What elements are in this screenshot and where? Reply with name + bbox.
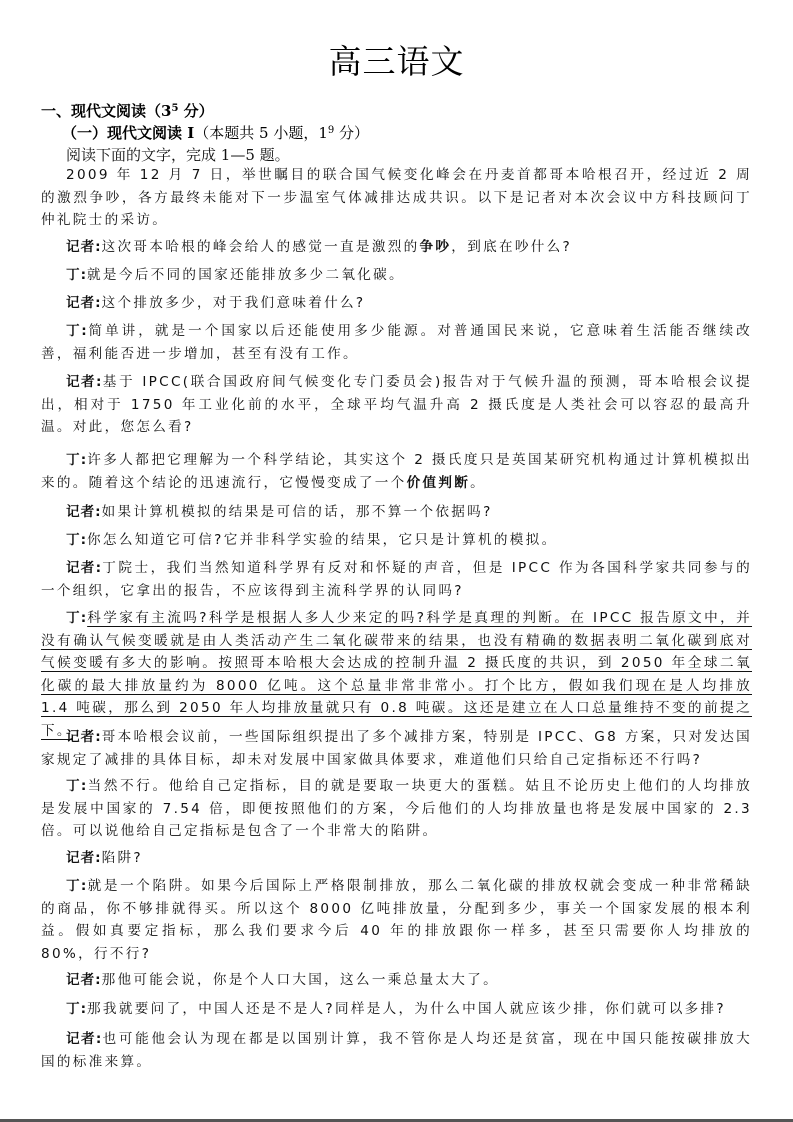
speaker-label: 丁:	[66, 878, 87, 894]
section-heading-prefix: 一、现代文阅读（3	[41, 102, 171, 120]
underlined-passage: 科学家有主流吗?科学是根据人多人少来定的吗?科学是真理的判断。在 IPCC 报告…	[41, 610, 752, 739]
dialogue-text: 这次哥本哈根的峰会给人的感觉一直是激烈的	[102, 239, 420, 255]
dialogue-text: 那我就要问了，中国人还是不是人?同样是人，为什么中国人就应该少排，你们就可以多排…	[87, 1001, 726, 1017]
dialogue-paragraph: 记者:如果计算机模拟的结果是可信的话，那不算一个依据吗?	[41, 501, 752, 524]
speaker-label: 丁:	[66, 452, 87, 468]
dialogue-paragraph: 丁:那我就要问了，中国人还是不是人?同样是人，为什么中国人就应该少排，你们就可以…	[41, 998, 752, 1021]
dialogue-text: 你怎么知道它可信?它并非科学实验的结果，它只是计算机的模拟。	[87, 532, 557, 548]
intro-paragraph: 2009 年 12 月 7 日，举世瞩目的联合国气候变化峰会在丹麦首都哥本哈根召…	[41, 164, 752, 232]
speaker-label: 丁:	[66, 778, 87, 794]
speaker-label: 记者:	[66, 374, 102, 390]
underlined-dialogue-paragraph: 丁:科学家有主流吗?科学是根据人多人少来定的吗?科学是真理的判断。在 IPCC …	[41, 607, 752, 742]
speaker-label: 记者:	[66, 560, 102, 576]
dialogue-paragraph: 丁:就是今后不同的国家还能排放多少二氧化碳。	[41, 264, 752, 287]
dialogue-paragraph: 丁:你怎么知道它可信?它并非科学实验的结果，它只是计算机的模拟。	[41, 529, 752, 552]
speaker-label: 记者:	[66, 972, 102, 988]
dialogue-paragraph: 丁:当然不行。他给自己定指标，目的就是要取一块更大的蛋糕。姑且不论历史上他们的人…	[41, 775, 752, 843]
dialogue-text: 就是今后不同的国家还能排放多少二氧化碳。	[87, 267, 405, 283]
subsection-heading: （一）现代文阅读 I（本题共 5 小题，19 分）	[62, 123, 369, 143]
dialogue-paragraph: 记者:这次哥本哈根的峰会给人的感觉一直是激烈的争吵，到底在吵什么?	[41, 236, 752, 259]
speaker-label: 丁:	[66, 532, 87, 548]
instruction-text: 阅读下面的文字，完成 1—5 题。	[66, 145, 290, 165]
document-page: 高三语文 一、现代文阅读（35 分） （一）现代文阅读 I（本题共 5 小题，1…	[0, 0, 793, 1122]
dialogue-paragraph: 记者:这个排放多少，对于我们意味着什么?	[41, 292, 752, 315]
speaker-label: 记者:	[66, 1031, 102, 1047]
page-title: 高三语文	[0, 40, 793, 84]
dialogue-text: ，到底在吵什么?	[451, 239, 572, 255]
dialogue-text: 如果计算机模拟的结果是可信的话，那不算一个依据吗?	[102, 504, 493, 520]
dialogue-text: 陷阱?	[102, 850, 143, 866]
dialogue-bold-text: 争吵	[420, 239, 452, 255]
dialogue-paragraph: 记者:基于 IPCC(联合国政府间气候变化专门委员会)报告对于气候升温的预测，哥…	[41, 371, 752, 439]
subsection-note-prefix: （本题共 5 小题，1	[194, 124, 328, 142]
dialogue-text: 当然不行。他给自己定指标，目的就是要取一块更大的蛋糕。姑且不论历史上他们的人均排…	[41, 778, 752, 839]
dialogue-text: 就是一个陷阱。如果今后国际上严格限制排放，那么二氧化碳的排放权就会变成一种非常稀…	[41, 878, 752, 962]
dialogue-text: 简单讲，就是一个国家以后还能使用多少能源。对普通国民来说，它意味着生活能否继续改…	[41, 323, 752, 362]
section-heading-suffix: 分）	[178, 102, 213, 120]
section-heading: 一、现代文阅读（35 分）	[41, 101, 214, 121]
dialogue-paragraph: 记者:那他可能会说，你是个人口大国，这么一乘总量太大了。	[41, 969, 752, 992]
speaker-label: 记者:	[66, 504, 102, 520]
dialogue-text: 也可能他会认为现在都是以国别计算，我不管你是人均还是贫富，现在中国只能按碳排放大…	[41, 1031, 752, 1070]
speaker-label: 记者:	[66, 729, 102, 745]
speaker-label: 记者:	[66, 850, 102, 866]
subsection-title: （一）现代文阅读 I	[62, 124, 194, 142]
dialogue-paragraph: 记者:也可能他会认为现在都是以国别计算，我不管你是人均还是贫富，现在中国只能按碳…	[41, 1028, 752, 1073]
dialogue-paragraph: 记者:陷阱?	[41, 847, 752, 870]
dialogue-text: 许多人都把它理解为一个科学结论，其实这个 2 摄氏度只是英国某研究机构通过计算机…	[41, 452, 752, 491]
speaker-label: 记者:	[66, 295, 102, 311]
dialogue-paragraph: 丁:简单讲，就是一个国家以后还能使用多少能源。对普通国民来说，它意味着生活能否继…	[41, 320, 752, 365]
subsection-note-suffix: 分）	[334, 124, 369, 142]
dialogue-paragraph: 记者:丁院士，我们当然知道科学界有反对和怀疑的声音，但是 IPCC 作为各国科学…	[41, 557, 752, 602]
speaker-label: 丁:	[66, 1001, 87, 1017]
speaker-label: 记者:	[66, 239, 102, 255]
speaker-label: 丁:	[66, 267, 87, 283]
dialogue-text: 基于 IPCC(联合国政府间气候变化专门委员会)报告对于气候升温的预测，哥本哈根…	[41, 374, 752, 435]
dialogue-text: 丁院士，我们当然知道科学界有反对和怀疑的声音，但是 IPCC 作为各国科学家共同…	[41, 560, 752, 599]
speaker-label: 丁:	[66, 610, 87, 626]
dialogue-paragraph: 记者:哥本哈根会议前，一些国际组织提出了多个减排方案，特别是 IPCC、G8 方…	[41, 726, 752, 771]
dialogue-text: 那他可能会说，你是个人口大国，这么一乘总量太大了。	[102, 972, 499, 988]
dialogue-bold-text: 价值判断	[407, 475, 471, 491]
speaker-label: 丁:	[66, 323, 88, 339]
dialogue-paragraph: 丁:许多人都把它理解为一个科学结论，其实这个 2 摄氏度只是英国某研究机构通过计…	[41, 449, 752, 494]
dialogue-text: 。	[470, 475, 486, 491]
dialogue-text: 这个排放多少，对于我们意味着什么?	[102, 295, 366, 311]
dialogue-paragraph: 丁:就是一个陷阱。如果今后国际上严格限制排放，那么二氧化碳的排放权就会变成一种非…	[41, 875, 752, 965]
dialogue-text: 哥本哈根会议前，一些国际组织提出了多个减排方案，特别是 IPCC、G8 方案，只…	[41, 729, 752, 768]
